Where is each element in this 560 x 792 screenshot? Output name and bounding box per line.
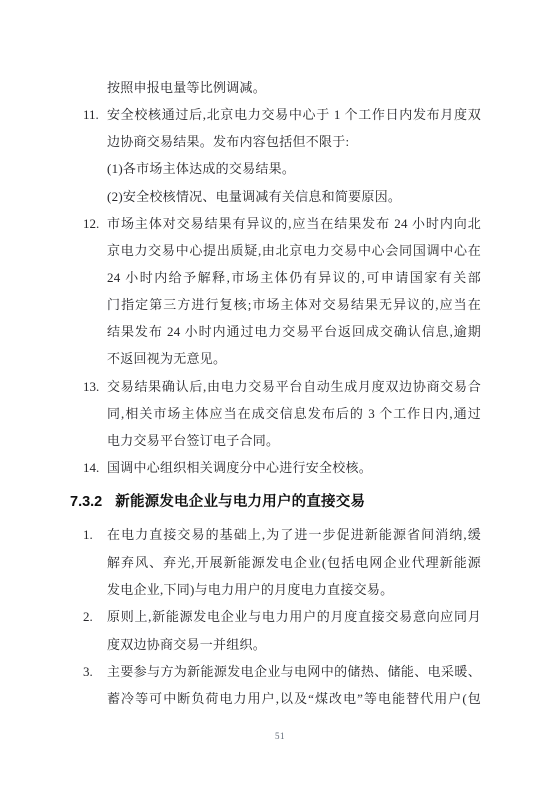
text-line: 京电力交易中心提出质疑,由北京电力交易中心会同国调中心在 (83, 237, 481, 264)
text-line: 结果发布 24 小时内通过电力交易平台返回成交确认信息,逾期 (83, 318, 481, 345)
line-text: 解弃风、弃光,开展新能源发电企业(包括电网企业代理新能源 (107, 555, 481, 570)
line-text: 不返回视为无意见。 (107, 351, 226, 366)
line-text: (1)各市场主体达成的交易结果。 (107, 161, 295, 176)
text-line: 3.主要参与方为新能源发电企业与电网中的储热、储能、电采暖、 (83, 658, 481, 685)
list-number: 3. (83, 658, 93, 685)
document-body: 按照申报电量等比例调减。 11.安全校核通过后,北京电力交易中心于 1 个工作日… (83, 74, 481, 713)
text-line: 边协商交易结果。发布内容包括但不限于: (83, 128, 481, 155)
page-number: 51 (0, 730, 560, 742)
text-line: 同,相关市场主体应当在成交信息发布后的 3 个工作日内,通过 (83, 400, 481, 427)
text-line: 12.市场主体对交易结果有异议的,应当在结果发布 24 小时内向北 (83, 210, 481, 237)
line-text: 京电力交易中心提出质疑,由北京电力交易中心会同国调中心在 (107, 243, 481, 258)
list-number: 1. (83, 521, 93, 548)
text-line: 按照申报电量等比例调减。 (83, 74, 481, 101)
text-line: 电力交易平台签订电子合同。 (83, 427, 481, 454)
list-number: 14. (83, 454, 99, 481)
line-text: 国调中心组织相关调度分中心进行安全校核。 (107, 460, 372, 475)
line-text: 结果发布 24 小时内通过电力交易平台返回成交确认信息,逾期 (107, 324, 481, 339)
line-text: 市场主体对交易结果有异议的,应当在结果发布 24 小时内向北 (107, 216, 481, 231)
section-body: 1.在电力直接交易的基础上,为了进一步促进新能源省间消纳,缓 解弃风、弃光,开展… (83, 521, 481, 713)
list-number: 13. (83, 373, 99, 400)
text-line: (2)安全校核情况、电量调减有关信息和简要原因。 (83, 183, 481, 210)
line-text: 主要参与方为新能源发电企业与电网中的储热、储能、电采暖、 (107, 664, 481, 679)
document-page: 按照申报电量等比例调减。 11.安全校核通过后,北京电力交易中心于 1 个工作日… (0, 0, 560, 792)
line-text: 安全校核通过后,北京电力交易中心于 1 个工作日内发布月度双 (107, 107, 481, 122)
text-line: 发电企业,下同)与电力用户的月度电力直接交易。 (83, 576, 481, 603)
text-line: 1.在电力直接交易的基础上,为了进一步促进新能源省间消纳,缓 (83, 521, 481, 548)
line-text: 同,相关市场主体应当在成交信息发布后的 3 个工作日内,通过 (107, 406, 481, 421)
text-line: 度双边协商交易一并组织。 (83, 631, 481, 658)
line-text: 交易结果确认后,由电力交易平台自动生成月度双边协商交易合 (107, 379, 481, 394)
line-text: 在电力直接交易的基础上,为了进一步促进新能源省间消纳,缓 (107, 527, 481, 542)
line-text: 电力交易平台签订电子合同。 (107, 433, 279, 448)
text-line: 14.国调中心组织相关调度分中心进行安全校核。 (83, 454, 481, 481)
text-line: 11.安全校核通过后,北京电力交易中心于 1 个工作日内发布月度双 (83, 101, 481, 128)
text-line: 13.交易结果确认后,由电力交易平台自动生成月度双边协商交易合 (83, 373, 481, 400)
heading-title: 新能源发电企业与电力用户的直接交易 (115, 494, 365, 510)
text-line: 2.原则上,新能源发电企业与电力用户的月度直接交易意向应同月 (83, 603, 481, 630)
line-text: 24 小时内给予解释,市场主体仍有异议的,可申请国家有关部 (107, 270, 481, 285)
text-line: 门指定第三方进行复核;市场主体对交易结果无异议的,应当在 (83, 291, 481, 318)
line-text: 发电企业,下同)与电力用户的月度电力直接交易。 (107, 582, 393, 597)
heading-number: 7.3.2 (70, 494, 102, 510)
text-line: 解弃风、弃光,开展新能源发电企业(包括电网企业代理新能源 (83, 549, 481, 576)
section-heading: 7.3.2新能源发电企业与电力用户的直接交易 (70, 488, 481, 516)
line-text: 原则上,新能源发电企业与电力用户的月度直接交易意向应同月 (107, 609, 481, 624)
text-line: 不返回视为无意见。 (83, 345, 481, 372)
line-text: 蓄冷等可中断负荷电力用户,以及“煤改电”等电能替代用户(包 (107, 691, 481, 706)
line-text: 度双边协商交易一并组织。 (107, 637, 266, 652)
text-line: (1)各市场主体达成的交易结果。 (83, 155, 481, 182)
line-text: (2)安全校核情况、电量调减有关信息和简要原因。 (107, 189, 401, 204)
list-number: 2. (83, 603, 93, 630)
list-number: 12. (83, 210, 99, 237)
line-text: 边协商交易结果。发布内容包括但不限于: (107, 134, 349, 149)
text-line: 24 小时内给予解释,市场主体仍有异议的,可申请国家有关部 (83, 264, 481, 291)
line-text: 门指定第三方进行复核;市场主体对交易结果无异议的,应当在 (107, 297, 481, 312)
line-text: 按照申报电量等比例调减。 (107, 80, 266, 95)
list-number: 11. (83, 101, 99, 128)
text-line: 蓄冷等可中断负荷电力用户,以及“煤改电”等电能替代用户(包 (83, 685, 481, 712)
